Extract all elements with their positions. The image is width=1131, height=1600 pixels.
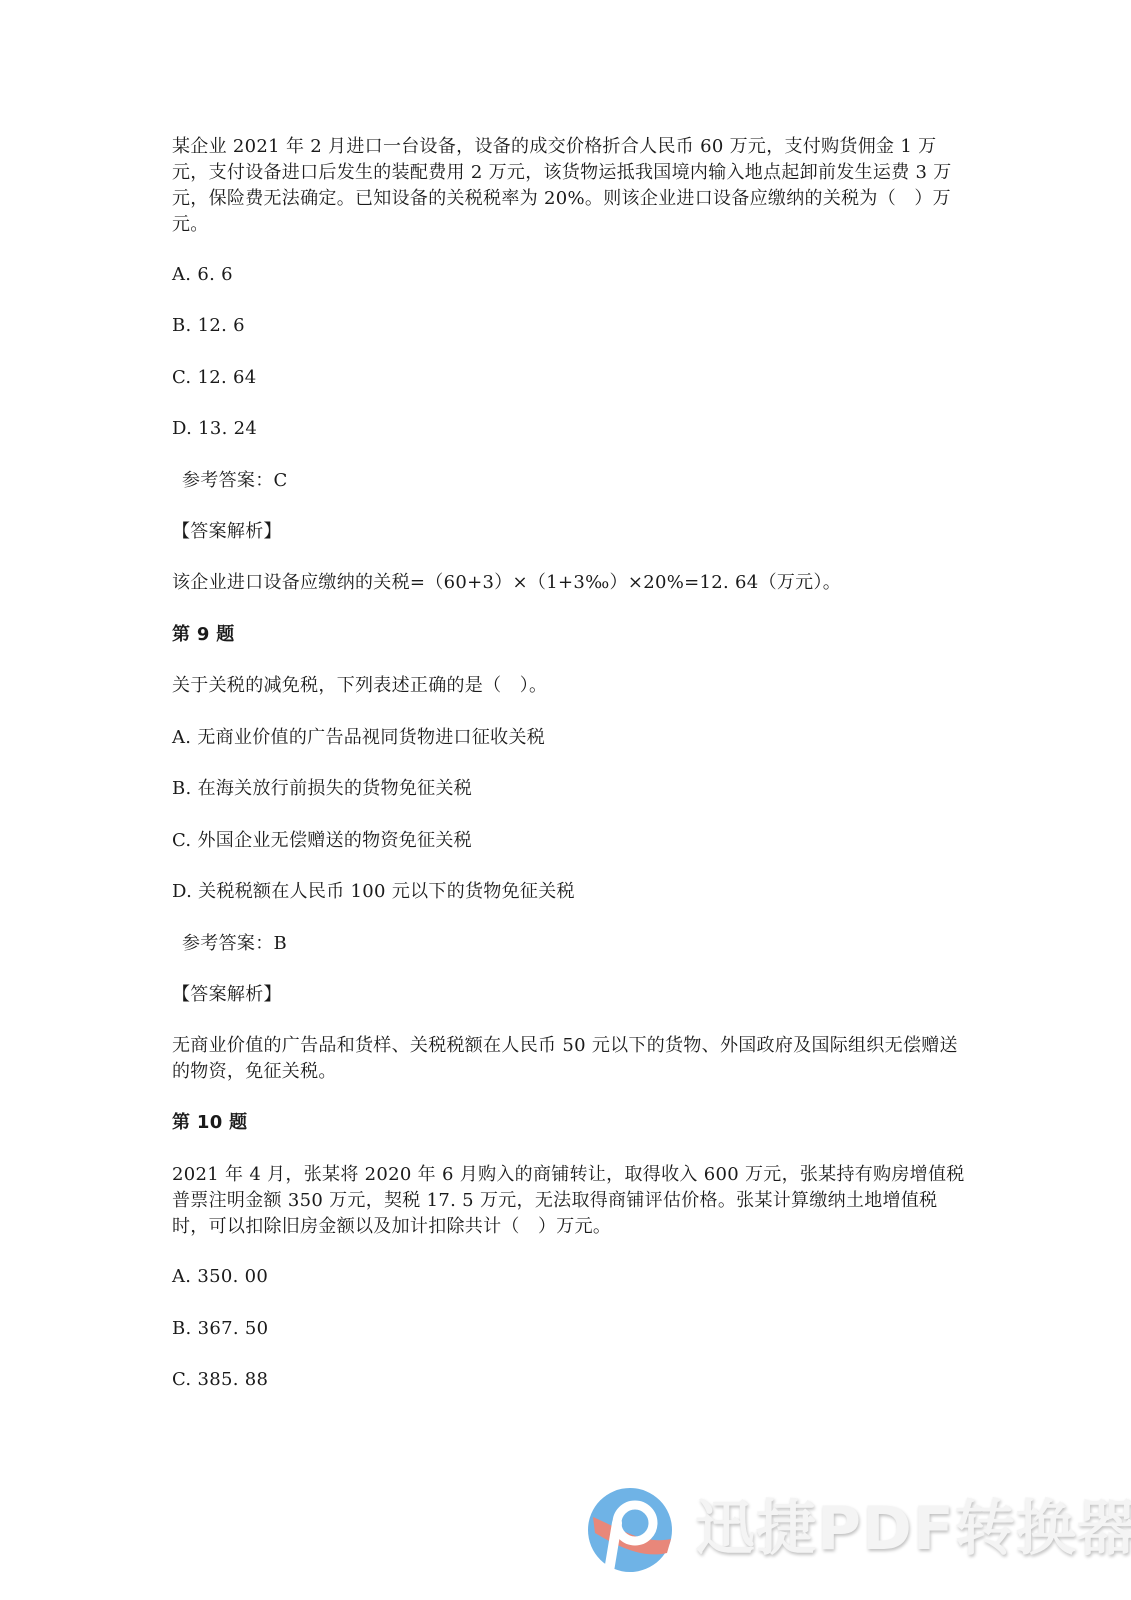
question-8-option-a: A. 6. 6 xyxy=(172,262,972,288)
question-10-stem: 2021 年 4 月，张某将 2020 年 6 月购入的商铺转让，取得收入 60… xyxy=(172,1162,972,1240)
question-8-stem: 某企业 2021 年 2 月进口一台设备，设备的成交价格折合人民币 60 万元，… xyxy=(172,134,972,238)
question-9-analysis-heading: 【答案解析】 xyxy=(172,982,972,1008)
question-9-option-d: D. 关税税额在人民币 100 元以下的货物免征关税 xyxy=(172,879,972,905)
question-9-analysis: 无商业价值的广告品和货样、关税税额在人民币 50 元以下的货物、外国政府及国际组… xyxy=(172,1033,972,1085)
question-9-stem: 关于关税的减免税，下列表述正确的是（ ）。 xyxy=(172,673,972,699)
question-9-option-c: C. 外国企业无偿赠送的物资免征关税 xyxy=(172,828,972,854)
question-8-analysis: 该企业进口设备应缴纳的关税=（60+3）×（1+3‰）×20%=12. 64（万… xyxy=(172,570,972,596)
question-9-answer: 参考答案：B xyxy=(182,931,982,957)
watermark-text: 迅捷PDF转换器 xyxy=(695,1493,1131,1565)
question-8-answer: 参考答案：C xyxy=(182,468,982,494)
question-9-option-b: B. 在海关放行前损失的货物免征关税 xyxy=(172,776,972,802)
question-10-option-a: A. 350. 00 xyxy=(172,1264,972,1290)
watermark: 迅捷PDF转换器 xyxy=(587,1487,1107,1577)
xunjie-pdf-logo-icon xyxy=(587,1487,673,1573)
question-9-option-a: A. 无商业价值的广告品视同货物进口征收关税 xyxy=(172,725,972,751)
document-page: 某企业 2021 年 2 月进口一台设备，设备的成交价格折合人民币 60 万元，… xyxy=(0,0,1131,1600)
question-8-option-d: D. 13. 24 xyxy=(172,416,972,442)
question-9-heading: 第 9 题 xyxy=(172,622,972,648)
question-10-option-c: C. 385. 88 xyxy=(172,1367,972,1393)
question-10-option-b: B. 367. 50 xyxy=(172,1316,972,1342)
question-8-analysis-heading: 【答案解析】 xyxy=(172,519,972,545)
question-8-option-b: B. 12. 6 xyxy=(172,313,972,339)
question-8-option-c: C. 12. 64 xyxy=(172,365,972,391)
question-10-heading: 第 10 题 xyxy=(172,1110,972,1136)
